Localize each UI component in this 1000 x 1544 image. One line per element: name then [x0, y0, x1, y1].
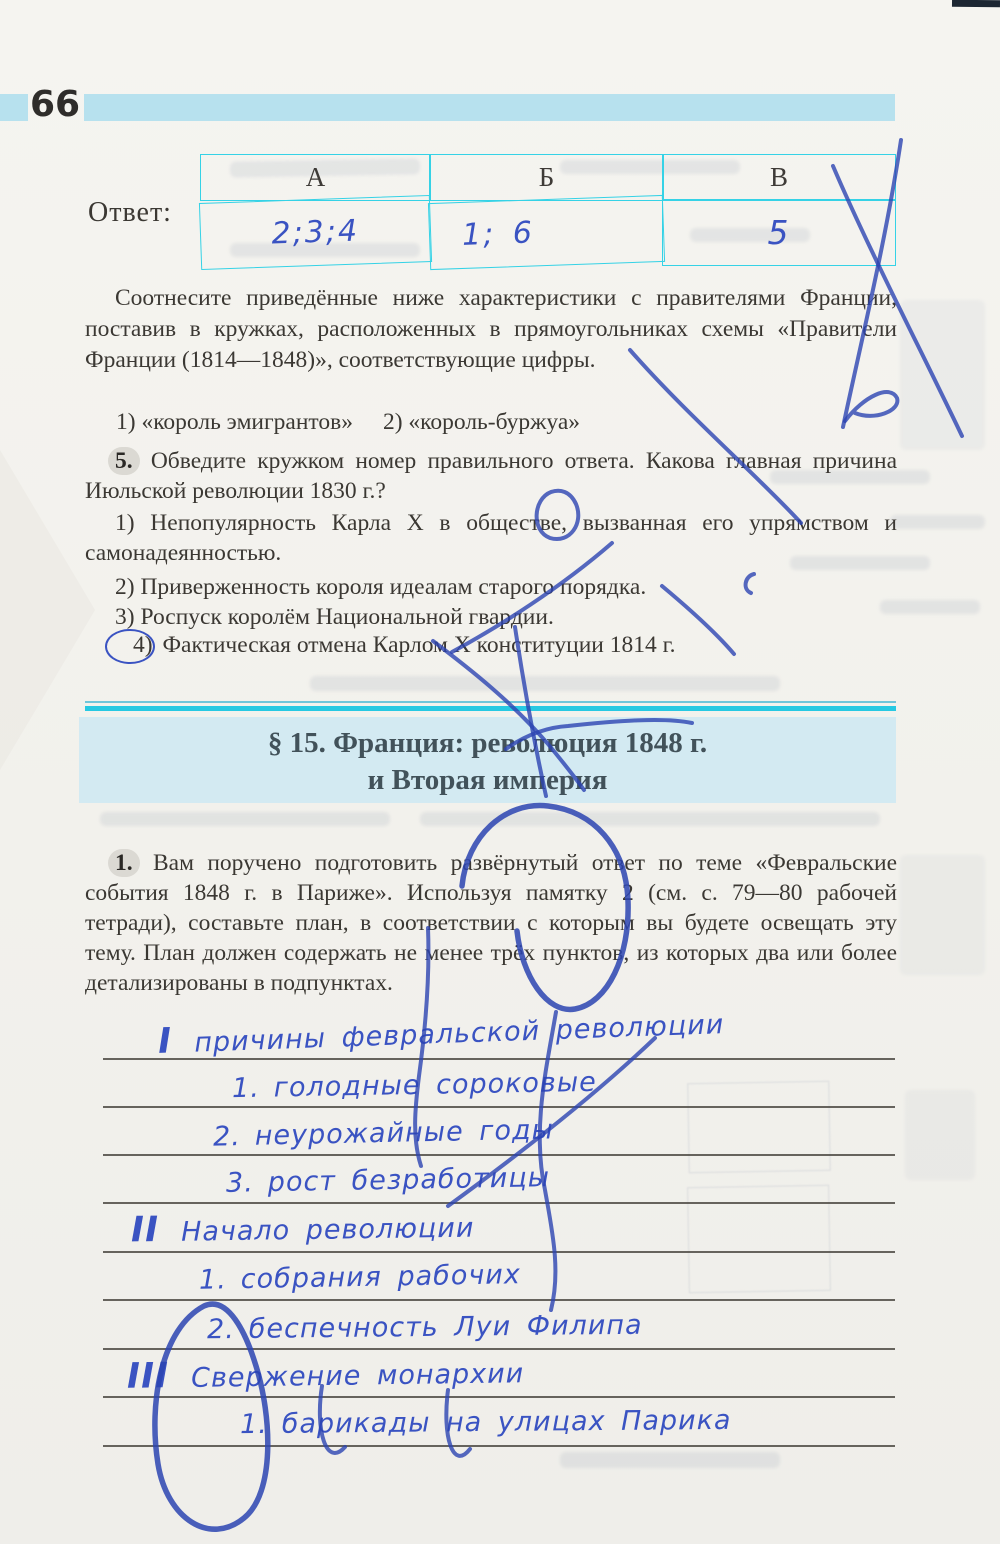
page-number: 66 — [30, 84, 80, 125]
bleed-artifact — [900, 855, 985, 975]
option-number: 3) — [115, 604, 135, 630]
header-bar-left — [0, 94, 28, 121]
option-text: Роспуск королём Национальной гвардии. — [140, 604, 553, 630]
plan-marker: I — [157, 1021, 172, 1061]
question1-number: 1. — [108, 849, 140, 877]
plan-marker: 1. — [232, 1073, 260, 1104]
ruled-line — [103, 1445, 895, 1447]
plan-text: беспечность Луи Филипа — [249, 1310, 643, 1345]
plan-marker: 1. — [199, 1264, 227, 1295]
king-option-1: 1) «король эмигрантов» — [116, 409, 353, 436]
plan-row-2: 1.голодные сороковые — [232, 1067, 597, 1104]
plan-text: собрания рабочих — [241, 1259, 522, 1295]
ruled-line — [103, 1154, 895, 1156]
ruled-line — [103, 1348, 895, 1350]
plan-marker: 1. — [240, 1409, 268, 1440]
bleed-artifact — [905, 1090, 975, 1180]
plan-marker: 2. — [213, 1121, 241, 1153]
king-option-2: 2) «король-буржуа» — [383, 409, 580, 436]
plan-text: Свержение монархии — [191, 1358, 525, 1394]
bleed-artifact — [420, 812, 880, 826]
plan-marker: II — [131, 1210, 160, 1250]
plan-marker: 2. — [207, 1314, 235, 1345]
question5-intro-text: Обведите кружком номер правильного ответ… — [85, 448, 897, 504]
matching-task-text: Соотнесите приведённые ниже характеристи… — [85, 283, 897, 376]
bleed-artifact — [310, 676, 780, 691]
question1-text: 1. Вам поручено подготовить развёрнутый … — [85, 848, 897, 998]
section-title-line2: и Вторая империя — [85, 764, 890, 797]
plan-row-6: 1.собрания рабочих — [199, 1259, 521, 1296]
bleed-artifact — [687, 1081, 831, 1173]
answer-circle-mark: 4) — [105, 629, 155, 664]
question5-option-4: 4) Фактическая отмена Карлом X конституц… — [85, 630, 897, 662]
plan-row-3: 2.неурожайные годы — [213, 1114, 555, 1152]
answer-value-b: 1; 6 — [428, 195, 665, 270]
plan-text: неурожайные годы — [254, 1114, 554, 1151]
bleed-artifact — [900, 300, 985, 450]
question5-number: 5. — [108, 447, 140, 475]
plan-text: голодные сороковые — [274, 1067, 598, 1104]
option-text: Фактическая отмена Карлом X конституции … — [162, 632, 675, 658]
plan-row-1: Iпричины февральской революции — [157, 1002, 724, 1062]
workbook-page: 66 Ответ: А Б В 2;3;4 1; 6 5 Соотнесите … — [0, 0, 1000, 1544]
plan-row-8: IIIСвержение монархии — [127, 1351, 525, 1397]
answer-column-v: В — [662, 154, 896, 201]
question1-body: Вам поручено подготовить развёрнутый отв… — [85, 850, 897, 996]
ruled-line — [103, 1106, 895, 1108]
plan-marker: III — [127, 1356, 170, 1397]
answer-table: А Б В 2;3;4 1; 6 5 — [201, 155, 895, 265]
answer-column-b: Б — [429, 154, 664, 201]
option-text: Непопулярность Карла X в обществе, вызва… — [85, 510, 897, 566]
answer-column-a: А — [200, 154, 431, 201]
plan-row-5: IIНачало революции — [131, 1206, 475, 1251]
section-divider-thick — [85, 706, 896, 711]
plan-text: барикады на улицах Парика — [282, 1405, 732, 1440]
option-number: 1) — [115, 510, 135, 536]
plan-marker: 3. — [226, 1167, 254, 1198]
answer-value-a: 2;3;4 — [199, 195, 432, 270]
header-bar — [84, 94, 895, 121]
section-title-line1: § 15. Франция: революция 1848 г. — [85, 727, 890, 760]
plan-text: Начало революции — [181, 1213, 475, 1248]
question5-option-3: 3) Роспуск королём Национальной гвардии. — [85, 602, 897, 632]
ruled-line — [103, 1299, 895, 1301]
option-number: 2) — [115, 574, 135, 600]
option-number: 4) — [133, 632, 153, 658]
ruled-line — [103, 1251, 895, 1253]
plan-row-7: 2.беспечность Луи Филипа — [207, 1310, 643, 1346]
question5-intro: 5. Обведите кружком номер правильного от… — [85, 446, 897, 506]
bleed-artifact — [890, 515, 985, 529]
plan-row-4: 3.рост безработицы — [226, 1162, 551, 1199]
option-text: Приверженность короля идеалам старого по… — [140, 574, 646, 600]
matching-task-options: 1) «король эмигрантов» 2) «король-буржуа… — [116, 409, 580, 436]
bleed-artifact — [560, 1452, 780, 1468]
question5-option-2: 2) Приверженность короля идеалам старого… — [85, 572, 897, 602]
pen-stroke — [540, 1012, 556, 1310]
bleed-artifact — [100, 812, 390, 826]
plan-row-9: 1.барикады на улицах Парика — [240, 1405, 732, 1440]
scan-edge-artifact — [952, 0, 1000, 7]
plan-text: причины февральской революции — [194, 1009, 725, 1058]
ruled-line — [103, 1396, 895, 1398]
plan-text: рост безработицы — [268, 1162, 551, 1198]
ruled-line — [103, 1202, 895, 1204]
answer-value-v: 5 — [662, 199, 896, 266]
section-divider-thin — [85, 701, 896, 703]
answer-label: Ответ: — [88, 197, 172, 229]
question5-option-1: 1) Непопулярность Карла X в обществе, вы… — [85, 508, 897, 568]
pen-stroke — [845, 392, 897, 421]
